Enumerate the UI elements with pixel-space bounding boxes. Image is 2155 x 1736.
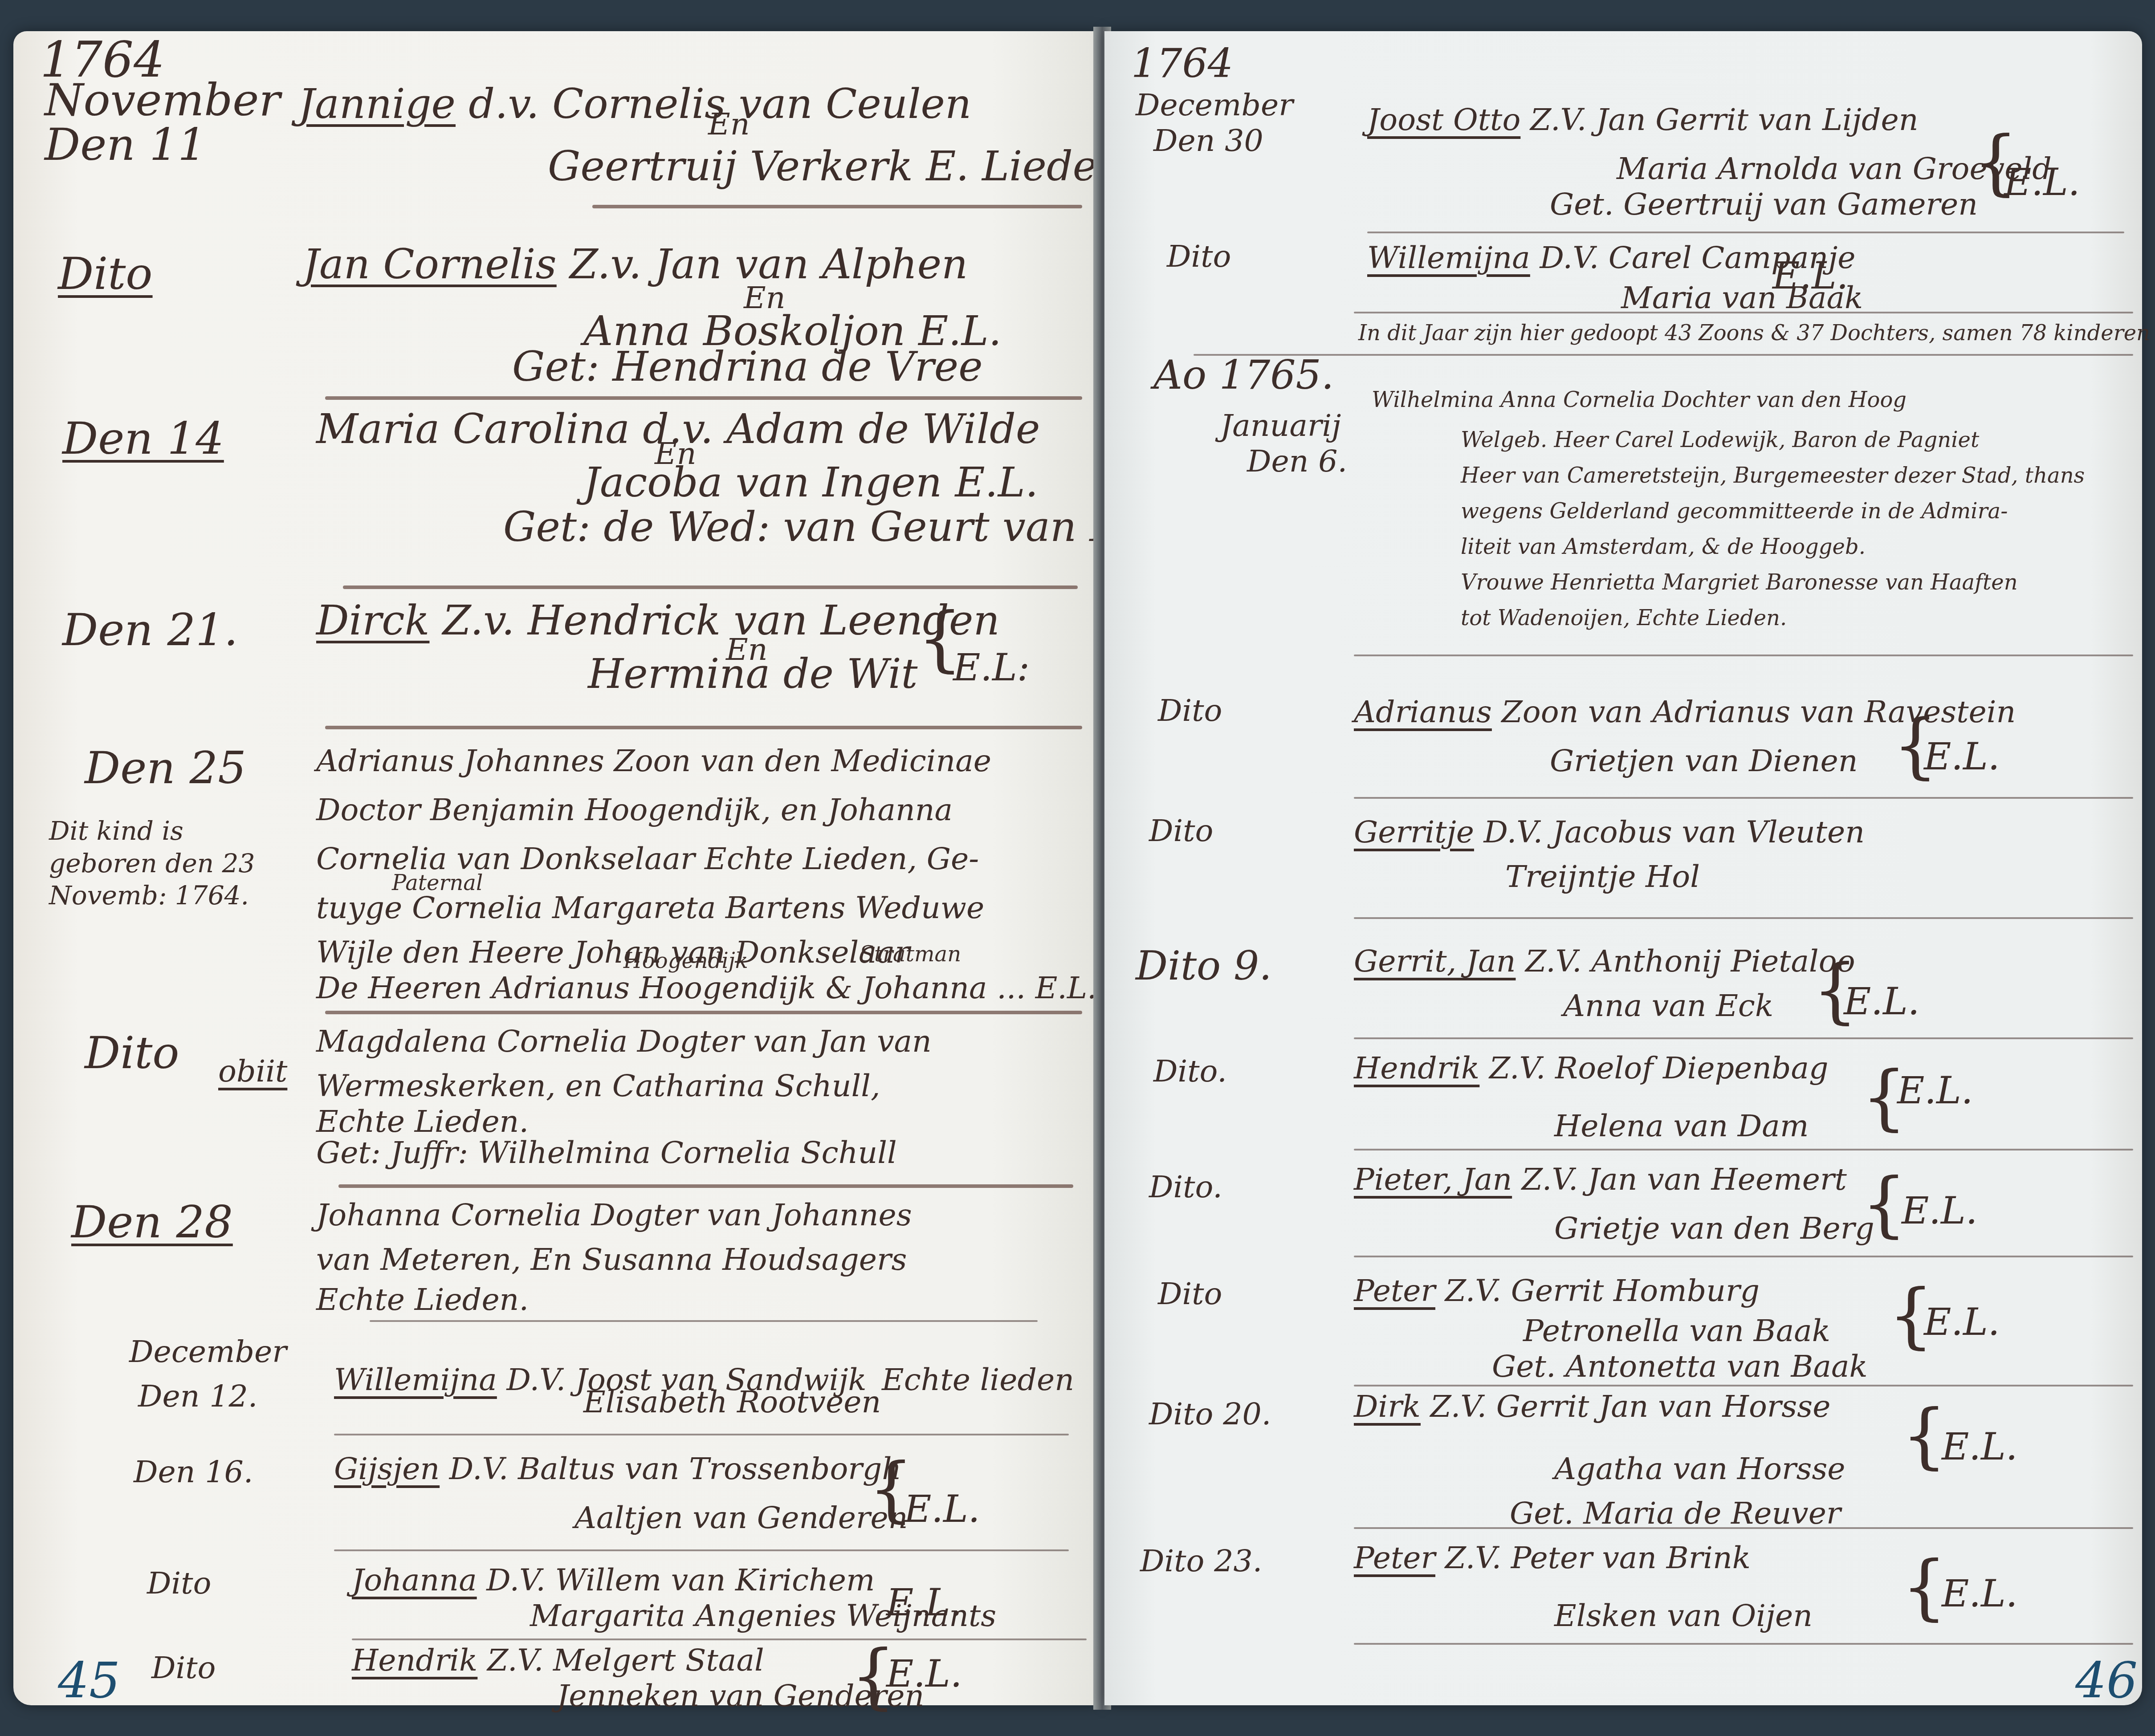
father-name: Adrianus van Ravestein: [1652, 695, 2016, 730]
status: E.L.: [1942, 1572, 2018, 1615]
year-heading: 1764: [1131, 40, 1233, 87]
entry-date: Dito: [1158, 695, 1222, 728]
entry-date: Den 12.: [138, 1380, 257, 1414]
entry-date-month: November: [45, 76, 280, 125]
witness-label: Get.: [1510, 1496, 1574, 1531]
mother-name: Grietjen van Dienen: [1550, 744, 1858, 779]
entry-date: Dito.: [1153, 1055, 1227, 1089]
divider: [1354, 1149, 2133, 1151]
child-name: Peter: [1354, 1273, 1435, 1309]
child-name: Maria Carolina: [316, 405, 630, 453]
entry-date: Dito 9.: [1136, 944, 1272, 988]
mother-name: Petronella van Baak: [1523, 1313, 1830, 1349]
entry-date: Dito: [151, 1652, 216, 1685]
divider: [1354, 1527, 2133, 1529]
child-name: Johanna: [352, 1563, 477, 1598]
divider: [1354, 1256, 2133, 1257]
child-name: Gijsjen: [334, 1451, 440, 1487]
child-name: Pieter, Jan: [1354, 1162, 1512, 1197]
entry-line: wegens Gelderland gecommitteerde in de A…: [1461, 499, 2008, 524]
child-name: Willemijna: [1367, 240, 1530, 276]
relation: Z.v.: [570, 240, 642, 288]
father-name: Jan Gerrit van Lijden: [1596, 102, 1918, 138]
divider: [1354, 917, 2133, 919]
entry-date: Den 11: [45, 120, 206, 169]
entry-line: De Heeren Adrianus Hoogendijk & Johanna …: [316, 971, 1097, 1006]
child-name: Dirk: [1354, 1389, 1421, 1424]
relation: D.V.: [1540, 240, 1599, 276]
divider: [1354, 655, 2133, 656]
divider: [1354, 312, 2133, 313]
relation: Z.V.: [1430, 1389, 1487, 1424]
father-name: Jan van Alphen: [655, 240, 968, 288]
relation: D.V.: [506, 1362, 566, 1398]
brace: {: [1862, 1162, 1907, 1245]
entry-line: Adrianus Johannes Zoon van den Medicinae: [316, 744, 991, 779]
divider: [325, 1011, 1082, 1014]
relation: Zoon van: [1502, 695, 1643, 730]
entry-date-month: Januarij: [1220, 410, 1341, 443]
divider: [1354, 1385, 2133, 1386]
child-name: Dirck: [316, 597, 429, 644]
child-name: Gerrit, Jan: [1354, 944, 1515, 979]
status: E.L.: [1902, 1189, 1978, 1232]
entry-line: van Meteren, En Susanna Houdsagers: [316, 1242, 907, 1277]
status: E.L.: [1942, 1425, 2018, 1468]
entry-line: Welgeb. Heer Carel Lodewijk, Baron de Pa…: [1461, 427, 1979, 452]
year-heading-1765: Ao 1765.: [1153, 352, 1334, 398]
child-name: Gerritje: [1354, 815, 1474, 850]
status: E.L.: [1897, 1069, 1973, 1112]
entry-date: Dito: [85, 1029, 179, 1077]
entry-date: Den 14: [62, 414, 224, 463]
entry-line: Echte Lieden.: [316, 1282, 529, 1317]
father-name: Gerrit Homburg: [1511, 1273, 1760, 1309]
left-page: 1764 November Den 11 Jannige d.v. Cornel…: [13, 31, 1100, 1705]
entry-line: tot Wadenoijen, Echte Lieden.: [1461, 606, 1787, 630]
witness-name: Geertruij van Gameren: [1623, 187, 1978, 222]
entry-date: Dito 20.: [1149, 1398, 1271, 1431]
father-name: Willem van Kirichem: [555, 1563, 875, 1598]
relation: d.v.: [468, 80, 539, 128]
conjunction: En: [708, 107, 750, 142]
entry-date: Den 16.: [134, 1456, 253, 1489]
divider: [1194, 354, 2133, 356]
divider: [338, 1184, 1073, 1188]
entry-line: Heer van Cameretsteijn, Burgemeester dez…: [1461, 463, 2085, 488]
entry-date: Den 21.: [62, 606, 238, 655]
entry-date: Dito: [1158, 1278, 1222, 1311]
relation: Z.V.: [487, 1643, 544, 1678]
entry-date: Den 6.: [1247, 445, 1347, 479]
divider: [325, 396, 1082, 400]
status: E.L:: [953, 646, 1030, 689]
child-name: Jan Cornelis: [303, 240, 557, 288]
witness-label: Get.: [1492, 1349, 1556, 1384]
father-name: Baltus van Trossenborgh: [518, 1451, 901, 1487]
entry-date: Dito: [147, 1567, 212, 1601]
entry-date: Dito: [1149, 815, 1214, 848]
entry-line: Wilhelmina Anna Cornelia Dochter van den…: [1372, 387, 1907, 412]
status: E.L.: [955, 459, 1038, 506]
witness-label: Get:: [503, 503, 591, 551]
divider: [334, 1434, 1069, 1435]
relation: D.V.: [449, 1451, 509, 1487]
entry-line: liteit van Amsterdam, & de Hooggeb.: [1461, 534, 1866, 559]
death-note: obiit: [218, 1055, 287, 1089]
child-name: Hendrik: [352, 1643, 477, 1678]
mother-name: Agatha van Horsse: [1554, 1451, 1845, 1487]
page-number: 45: [58, 1652, 120, 1709]
divider: [1367, 232, 2124, 233]
year-summary: In dit Jaar zijn hier gedoopt 43 Zoons &…: [1358, 321, 2150, 346]
witness-name: Antonetta van Baak: [1565, 1349, 1868, 1384]
interlinear-note: Stratman: [860, 942, 961, 967]
father-name: Melgert Staal: [553, 1643, 764, 1678]
brace: {: [1902, 1545, 1947, 1628]
witness-name: Maria de Reuver: [1583, 1496, 1841, 1531]
mother-name: Helena van Dam: [1554, 1109, 1809, 1144]
father-name: Jan van Heemert: [1588, 1162, 1847, 1197]
father-name: Gerrit Jan van Horsse: [1496, 1389, 1831, 1424]
mother-name: Elsken van Oijen: [1554, 1598, 1813, 1634]
status: E.L.: [2004, 160, 2080, 204]
father-name: Roelof Diepenbag: [1555, 1051, 1829, 1086]
relation: D.V.: [486, 1563, 546, 1598]
father-name: Peter van Brink: [1511, 1541, 1751, 1576]
divider: [343, 585, 1078, 589]
divider: [325, 726, 1082, 729]
child-name: Hendrik: [1354, 1051, 1479, 1086]
status: E.L.: [1924, 735, 2000, 778]
status: E.L.: [1772, 254, 1849, 297]
entry-line: Johanna Cornelia Dogter van Johannes: [316, 1198, 912, 1233]
child-name: Adrianus: [1354, 695, 1492, 730]
status: E.L.: [1844, 980, 1920, 1023]
child-name: Peter: [1354, 1541, 1435, 1576]
entry-date-month: December: [1136, 89, 1293, 122]
witness-label: Get:: [512, 343, 599, 390]
mother-name: Hermina de Wit: [588, 650, 918, 698]
entry-date: Dito: [1167, 240, 1231, 274]
entry-line: Vrouwe Henrietta Margriet Baronesse van …: [1461, 570, 2018, 595]
father-name: Cornelis van Ceulen: [552, 80, 971, 128]
status: Echte lieden: [882, 1362, 1074, 1398]
relation: D.V.: [1484, 815, 1543, 850]
relation: Z.V.: [1525, 944, 1582, 979]
divider: [1354, 1037, 2133, 1039]
entry-line: tuyge Cornelia Margareta Bartens Weduwe: [316, 890, 984, 926]
mother-name: Anna van Eck: [1563, 988, 1773, 1024]
entry-date: Den 30: [1153, 125, 1263, 158]
entry-date-month: December: [129, 1336, 287, 1369]
child-name: Willemijna: [334, 1362, 497, 1398]
entry-line: Echte Lieden.: [316, 1104, 529, 1139]
child-name: Jannige: [298, 80, 456, 128]
relation: Z.V.: [1522, 1162, 1578, 1197]
relation: Z.V.: [1445, 1541, 1502, 1576]
brace: {: [1902, 1394, 1947, 1477]
relation: Z.V.: [1530, 102, 1587, 138]
entry-date: Dito 23.: [1140, 1545, 1262, 1578]
entry-date: Den 28: [71, 1198, 233, 1247]
entry-line: Doctor Benjamin Hoogendijk, en Johanna: [316, 793, 953, 828]
father-name: Jacobus van Vleuten: [1552, 815, 1865, 850]
divider: [370, 1320, 1038, 1322]
divider: [1354, 797, 2133, 799]
entry-date: Den 25: [85, 744, 246, 793]
status: E.L.: [886, 1652, 962, 1695]
divider: [352, 1638, 1087, 1640]
interlinear-note: Hoogendijk: [623, 948, 748, 973]
right-page: 1764 December Den 30 Joost Otto Z.V. Jan…: [1104, 31, 2142, 1705]
entry-line: Magdalena Cornelia Dogter van Jan van: [316, 1024, 932, 1059]
father-name: Adam de Wilde: [726, 405, 1040, 453]
child-name: Joost Otto: [1367, 102, 1520, 138]
witness-name: Hendrina de Vree: [612, 343, 982, 390]
relation: Z.V.: [1489, 1051, 1546, 1086]
status: E.L.: [904, 1487, 980, 1531]
birth-note: Dit kind is geboren den 23 Novemb: 1764.: [49, 815, 289, 912]
page-number: 46: [2075, 1652, 2138, 1709]
mother-name: Elisabeth Rootveen: [583, 1385, 881, 1420]
witness-label: Get.: [1550, 187, 1614, 222]
mother-name: Treijntje Hol: [1505, 859, 1700, 894]
status: E.L.: [886, 1581, 962, 1624]
mother-name: Aaltjen van Genderen: [574, 1500, 908, 1536]
witness-line: Get: Juffr: Wilhelmina Cornelia Schull: [316, 1135, 897, 1171]
mother-name: Geertruij Verkerk: [548, 142, 913, 190]
entry-line: Wijle den Heere Johan van Donkselaar: [316, 935, 909, 970]
relation: Z.v.: [443, 597, 515, 644]
entry-line: Wermeskerken, en Catharina Schull,: [316, 1069, 880, 1104]
divider: [592, 205, 1082, 208]
mother-name: Grietje van den Berg: [1554, 1211, 1874, 1246]
relation: Z.V.: [1445, 1273, 1502, 1309]
mother-name: Jacoba van Ingen: [583, 459, 942, 506]
entry-date: Dito: [58, 249, 153, 298]
entry-date: Dito.: [1149, 1171, 1222, 1204]
divider: [1354, 1643, 2133, 1645]
status: E.L.: [1924, 1300, 2000, 1344]
divider: [334, 1549, 1069, 1551]
